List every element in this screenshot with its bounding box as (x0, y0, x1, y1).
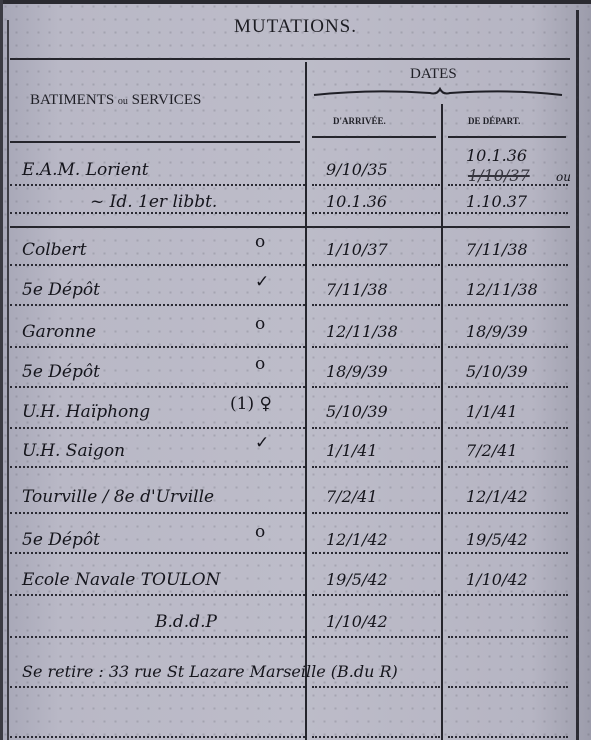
row-unit: ~ Id. 1er libbt. (90, 192, 217, 212)
row-rule (10, 552, 305, 554)
row-departure-date: 12/11/38 (466, 280, 538, 299)
row-rule (312, 594, 440, 596)
dates-brace (312, 87, 567, 99)
row-rule (10, 184, 305, 186)
row-unit: Garonne (22, 322, 96, 342)
row-rule (448, 466, 568, 468)
row-rule (312, 264, 440, 266)
page-title: MUTATIONS. (0, 16, 591, 38)
row-check-mark: ✓ (255, 272, 269, 292)
row-departure-date: 7/11/38 (466, 240, 528, 259)
column-divider-dates (441, 104, 443, 740)
struck-departure-date: 1/10/37 (468, 166, 530, 185)
row-departure-date: 12/1/42 (466, 487, 528, 506)
row-unit: Colbert (22, 240, 87, 260)
row-rule (448, 346, 568, 348)
row-arrival-date: 9/10/35 (326, 160, 388, 179)
row-rule (312, 636, 440, 638)
row-rule (10, 594, 305, 596)
row-rule (448, 304, 568, 306)
header-departure: DE DÉPART. (468, 116, 520, 126)
row-arrival-date: 12/1/42 (326, 530, 388, 549)
row-rule (10, 346, 305, 348)
row-rule (448, 636, 568, 638)
row-check-mark: o (255, 354, 265, 374)
row-rule (312, 736, 440, 738)
header-units: BATIMENTS ou SERVICES (30, 92, 201, 109)
page-top-border (0, 0, 591, 4)
row-rule (10, 212, 305, 214)
row-rule (312, 386, 440, 388)
row-unit: 5e Dépôt (22, 530, 100, 550)
row-rule (448, 512, 568, 514)
row-rule (312, 466, 440, 468)
row-rule (448, 686, 568, 688)
row-unit: B.d.d.P (155, 612, 217, 632)
row-unit: Tourville / 8e d'Urville (22, 487, 214, 507)
row-check-mark: o (255, 314, 265, 334)
row-departure-date: 10.1.36 (466, 146, 527, 165)
row-check-mark: o (255, 232, 265, 252)
row-rule (448, 552, 568, 554)
row-departure-date: 18/9/39 (466, 322, 528, 341)
row-departure-date: 1/10/42 (466, 570, 528, 589)
row-rule (10, 386, 305, 388)
row-departure-date: 7/2/41 (466, 441, 518, 460)
row-check-mark: ✓ (255, 433, 269, 453)
row-rule (312, 212, 440, 214)
header-dates: DATES (410, 66, 457, 83)
row-rule (312, 184, 440, 186)
page-left-border (0, 0, 3, 740)
row-rule (10, 736, 305, 738)
row-departure-date: 5/10/39 (466, 362, 528, 381)
row-rule (10, 636, 305, 638)
row-rule (312, 686, 440, 688)
row-arrival-date: 5/10/39 (326, 402, 388, 421)
header-rule-arrival (312, 136, 436, 138)
row-arrival-date: 1/10/42 (326, 612, 388, 631)
row-rule (448, 736, 568, 738)
header-arrival: D'ARRIVÉE. (333, 116, 386, 126)
row-unit: 5e Dépôt (22, 362, 100, 382)
row-arrival-date: 1/1/41 (326, 441, 378, 460)
row-rule (10, 264, 305, 266)
row-check-mark: o (255, 522, 265, 542)
row-rule (312, 427, 440, 429)
row-unit: U.H. Saigon (22, 441, 125, 461)
row-rule (312, 512, 440, 514)
column-divider-unit (305, 62, 307, 740)
row-arrival-date: 7/11/38 (326, 280, 388, 299)
row-unit: E.A.M. Lorient (22, 160, 149, 180)
row-rule (10, 512, 305, 514)
row-departure-date: 1.10.37 (466, 192, 527, 211)
row-arrival-date: 18/9/39 (326, 362, 388, 381)
row-arrival-date: 1/10/37 (326, 240, 388, 259)
header-rule-unit (10, 141, 300, 143)
row-rule (10, 427, 305, 429)
row-arrival-date: 10.1.36 (326, 192, 387, 211)
row-unit: Ecole Navale TOULON (22, 570, 220, 590)
row-rule (10, 304, 305, 306)
retirement-address-note: Se retire : 33 rue St Lazare Marseille (… (22, 662, 398, 681)
title-rule (10, 58, 570, 60)
page-left-rule (7, 20, 9, 740)
row-rule (312, 346, 440, 348)
row-arrival-date: 7/2/41 (326, 487, 378, 506)
row-rule (10, 466, 305, 468)
row-rule (312, 304, 440, 306)
margin-note: ou (556, 170, 571, 184)
row-departure-date: 1/1/41 (466, 402, 518, 421)
register-page: MUTATIONS. BATIMENTS ou SERVICES DATES D… (0, 0, 591, 740)
row-departure-date: 19/5/42 (466, 530, 528, 549)
row-rule (10, 686, 305, 688)
header-rule-departure (448, 136, 566, 138)
row-arrival-date: 12/11/38 (326, 322, 398, 341)
row-check-mark: (1) ♀ (230, 394, 272, 414)
row-unit: 5e Dépôt (22, 280, 100, 300)
row-rule (448, 264, 568, 266)
row-arrival-date: 19/5/42 (326, 570, 388, 589)
row-rule (448, 212, 568, 214)
page-right-border (576, 10, 579, 740)
row-unit: U.H. Haïphong (22, 402, 150, 422)
row-rule (312, 552, 440, 554)
section-rule (10, 226, 570, 228)
row-rule (448, 427, 568, 429)
row-rule (448, 594, 568, 596)
row-rule (448, 386, 568, 388)
